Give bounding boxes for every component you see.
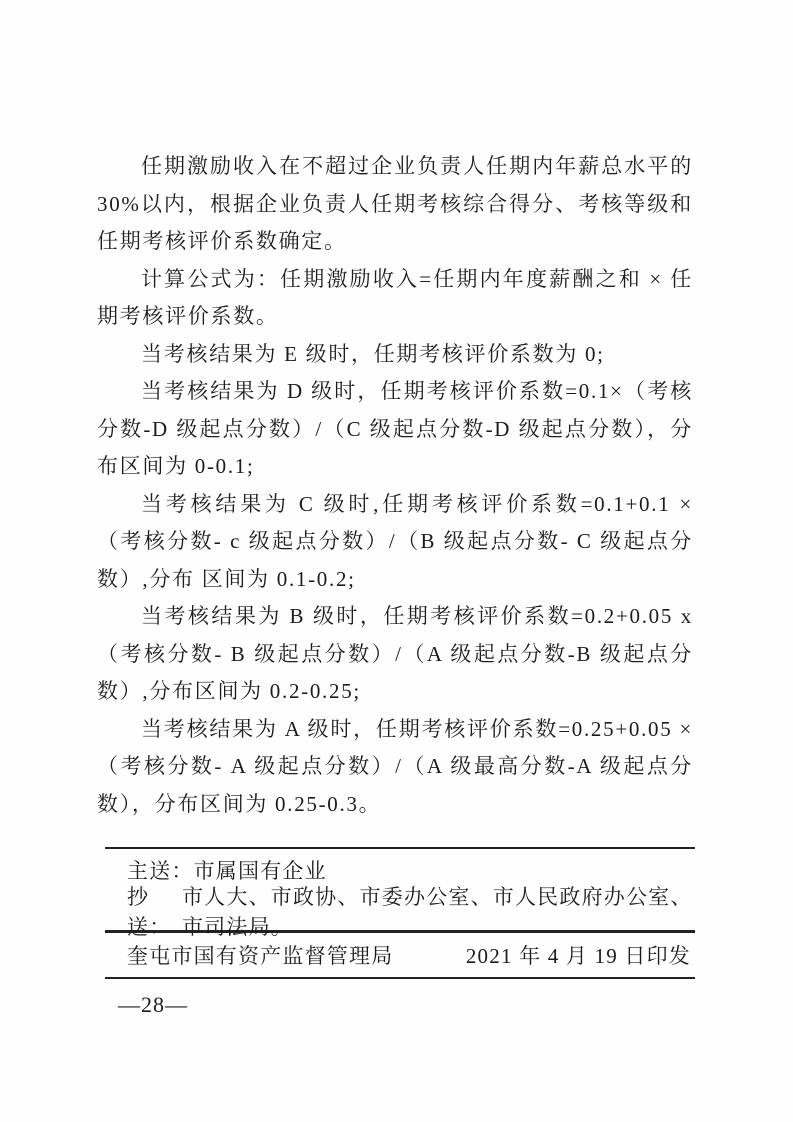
document-body: 任期激励收入在不超过企业负责人任期内年薪总水平的30%以内，根据企业负责人任期考… <box>97 148 693 823</box>
paragraph-calculation-formula: 计算公式为：任期激励收入=任期内年度薪酬之和 × 任期考核评价系数。 <box>97 261 693 336</box>
paragraph-tenure-incentive-cap: 任期激励收入在不超过企业负责人任期内年薪总水平的30%以内，根据企业负责人任期考… <box>97 148 693 261</box>
copy-recipient-label: 抄送： <box>127 881 182 941</box>
issuer-name: 奎屯市国有资产监督管理局 <box>127 940 393 970</box>
document-footer: 主送： 市属国有企业 抄送： 市人大、市政协、市委办公室、市人民政府办公室、市司… <box>105 847 695 979</box>
page-number: —28— <box>118 992 188 1018</box>
paragraph-grade-a: 当考核结果为 A 级时，任期考核评价系数=0.25+0.05 × （考核分数- … <box>97 711 693 824</box>
copy-recipient-value: 市人大、市政协、市委办公室、市人民政府办公室、市司法局。 <box>182 881 695 941</box>
paragraph-grade-d: 当考核结果为 D 级时，任期考核评价系数=0.1×（考核分数-D 级起点分数）/… <box>97 373 693 486</box>
paragraph-grade-c: 当考核结果为 C 级时,任期考核评价系数=0.1+0.1 × （考核分数- c … <box>97 486 693 599</box>
print-date: 2021 年 4 月 19 日印发 <box>466 940 691 970</box>
copy-recipient-row: 抄送： 市人大、市政协、市委办公室、市人民政府办公室、市司法局。 <box>105 891 695 930</box>
document-page: 任期激励收入在不超过企业负责人任期内年薪总水平的30%以内，根据企业负责人任期考… <box>0 0 793 1122</box>
paragraph-grade-b: 当考核结果为 B 级时，任期考核评价系数=0.2+0.05 x （考核分数- B… <box>97 598 693 711</box>
paragraph-grade-e: 当考核结果为 E 级时，任期考核评价系数为 0; <box>97 336 693 374</box>
divider-bottom <box>105 977 695 979</box>
